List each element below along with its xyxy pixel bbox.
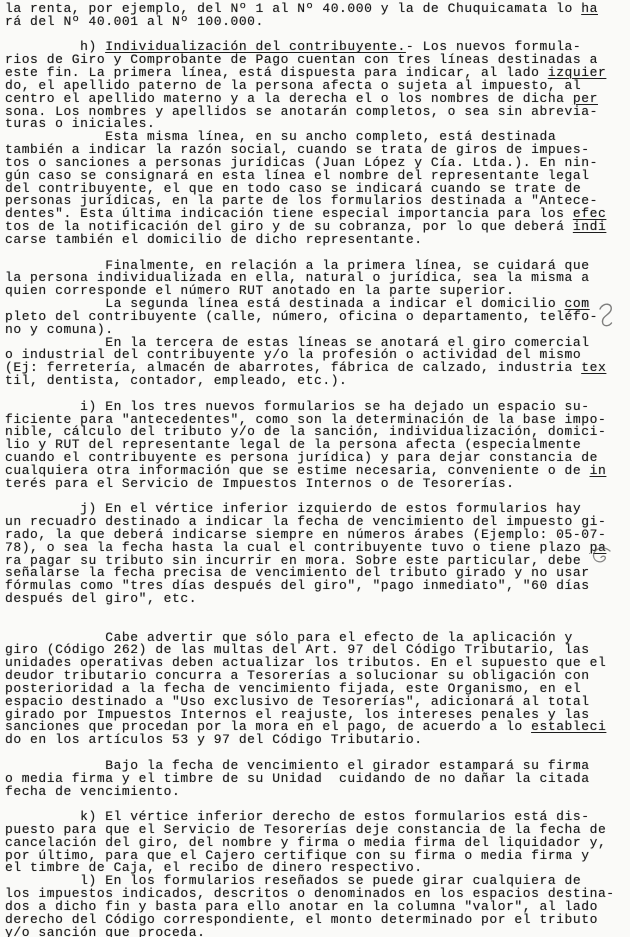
handwritten-curl-mark-1 bbox=[596, 302, 618, 330]
document-page: la renta, por ejemplo, del Nº 1 al Nº 40… bbox=[0, 0, 630, 937]
handwritten-curl-mark-2 bbox=[589, 546, 615, 568]
text-segment: carse también el domicilio de dicho repr… bbox=[5, 232, 423, 247]
text-segment: fecha de vencimiento. bbox=[5, 784, 180, 799]
text-line: fecha de vencimiento. bbox=[5, 786, 630, 799]
text-line bbox=[5, 606, 630, 619]
underlined-text-segment: estableci bbox=[531, 719, 606, 734]
text-segment: rá del Nº 40.001 al Nº 100.000. bbox=[5, 14, 264, 29]
text-segment: y/o sanción que proceda. bbox=[5, 925, 205, 937]
text-line: rá del Nº 40.001 al Nº 100.000. bbox=[5, 16, 630, 29]
text-line: después del giro", etc. bbox=[5, 593, 630, 606]
underlined-text-segment: tex bbox=[581, 360, 606, 375]
text-line: do en los artículos 53 y 97 del Código T… bbox=[5, 734, 630, 747]
underlined-text-segment: ha bbox=[581, 1, 598, 16]
document-text: la renta, por ejemplo, del Nº 1 al Nº 40… bbox=[5, 3, 630, 937]
text-line: til, dentista, contador, empleado, etc.)… bbox=[5, 375, 630, 388]
underlined-text-segment: in bbox=[590, 463, 607, 478]
text-line: y/o sanción que proceda. bbox=[5, 927, 630, 937]
underlined-text-segment: indi bbox=[573, 219, 606, 234]
text-line: carse también el domicilio de dicho repr… bbox=[5, 234, 630, 247]
text-segment: después del giro", etc. bbox=[5, 591, 197, 606]
text-segment: do en los artículos 53 y 97 del Código T… bbox=[5, 732, 423, 747]
text-line: terés para el Servicio de Impuestos Inte… bbox=[5, 478, 630, 491]
text-segment: terés para el Servicio de Impuestos Inte… bbox=[5, 476, 514, 491]
text-segment: til, dentista, contador, empleado, etc.)… bbox=[5, 373, 347, 388]
